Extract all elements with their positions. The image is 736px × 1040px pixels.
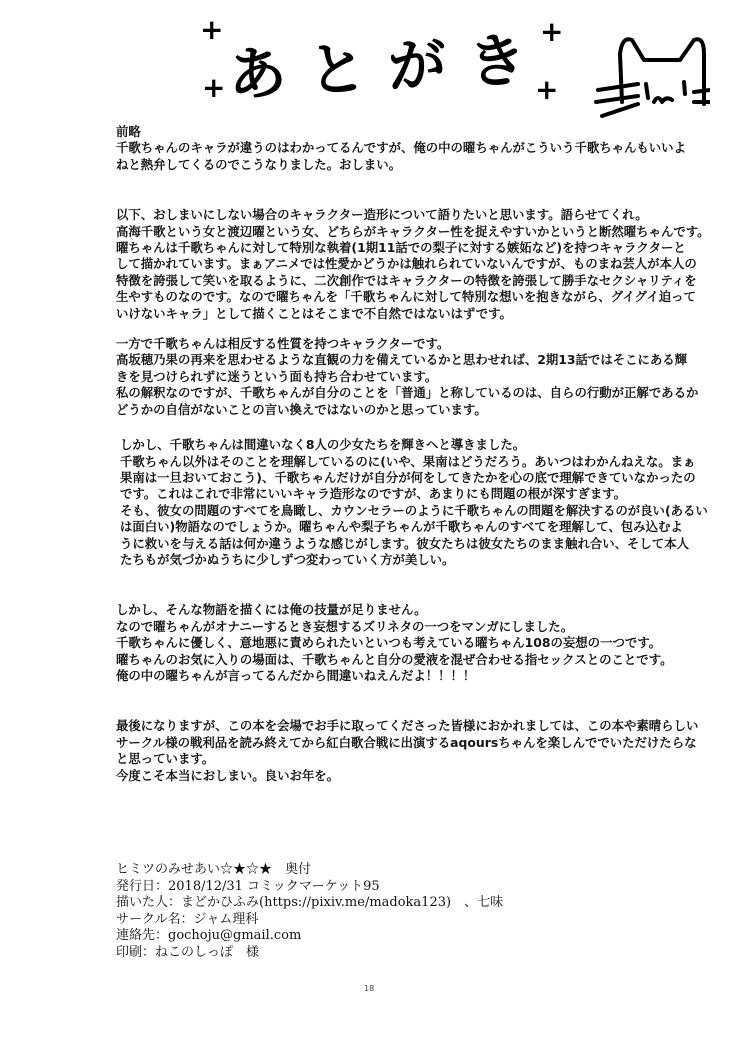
text-line: 私の解釈なのですが、千歌ちゃんが自分のことを「普通」と称しているのは、自らの行動… [116, 385, 636, 401]
afterword-body: 前略 千歌ちゃんのキャラが違うのはわかってるんですが、俺の中の曜ちゃんがこういう… [116, 124, 636, 784]
text-line: なので曜ちゃんがオナニーするとき妄想するズリネタの一つをマンガにしました。 [116, 619, 636, 635]
text-line: 前略 [116, 124, 636, 140]
text-line: そも、彼女の問題のすべてを鳥瞰し、カウンセラーのように千歌ちゃんの問題を解決する… [120, 503, 636, 519]
text-line: サークル様の戦利品を読み終えてから紅白歌合戦に出演するaqoursちゃんを楽しん… [116, 735, 636, 751]
text-line: いけないキャラ」として描くことはそこまで不自然ではないはずです。 [116, 306, 636, 322]
text-line: 一方で千歌ちゃんは相反する性質を持つキャラクターです。 [116, 336, 636, 352]
text-line: 俺の中の曜ちゃんが言ってるんだから間違いねえんだよ！！！！ [116, 668, 636, 684]
text-line: と思っています。 [116, 751, 636, 767]
colophon-artist: 描いた人：まどかひふみ(https://pixiv.me/madoka123) … [116, 895, 503, 912]
text-line: 特徴を誇張して笑いを取るように、二次創作ではキャラクターの特徴を誇張して勝手なセ… [116, 273, 636, 289]
text-line: どうかの自信がないことの言い換えではないのかと思っています。 [116, 402, 636, 418]
colophon-published: 発行日：2018/12/31 コミックマーケット95 [116, 879, 503, 896]
paragraph-character-design: 以下、おしまいにしない場合のキャラクター造形について語りたいと思います。語らせて… [116, 207, 636, 322]
text-line: 生やすものなのです。なので曜ちゃんを「千歌ちゃんに対して特別な想いを抱きながら、… [116, 289, 636, 305]
text-line: しかし、千歌ちゃんは間違いなく8人の少女たちを輝きへと導きました。 [120, 437, 636, 453]
sparkle-icon: + [202, 74, 225, 102]
sparkle-icon: + [200, 16, 223, 44]
colophon-printer: 印刷：ねこのしっぽ 様 [116, 945, 503, 962]
text-line: きを見つけられずに迷うという面も持ち合わせています。 [116, 369, 636, 385]
colophon-circle: サークル名：ジャム理科 [116, 912, 503, 929]
text-line: です。これはこれで非常にいいキャラ造形なのですが、あまりにも問題の根が深すぎます… [120, 486, 636, 502]
text-line: しかし、そんな物語を描くには俺の技量が足りません。 [116, 602, 636, 618]
text-line: 千歌ちゃん以外はそのことを理解しているのに(いや、果南はどうだろう。あいつはわか… [120, 454, 636, 470]
paragraph-intro: 前略 千歌ちゃんのキャラが違うのはわかってるんですが、俺の中の曜ちゃんがこういう… [116, 124, 636, 173]
text-line: うに救いを与える話は何か違うような感じがします。彼女たちは彼女たちのまま触れ合い… [120, 536, 636, 552]
afterword-title: あとがき [226, 12, 550, 113]
text-line: 今度こそ本当におしまい。良いお年を。 [116, 768, 636, 784]
text-line: 曜ちゃんのお気に入りの場面は、千歌ちゃんと自分の愛液を混ぜ合わせる指セックスとの… [116, 652, 636, 668]
text-line: 高坂穂乃果の再来を思わせるような直観の力を備えているかと思わせれば、2期13話で… [116, 352, 636, 368]
text-line: して描かれています。まぁアニメでは性愛かどうかは触れられていないんですが、ものま… [116, 256, 636, 272]
afterword-title-art: + + + + あとがき [190, 14, 710, 114]
cat-face-icon [592, 24, 710, 119]
page-number: 18 [364, 984, 374, 993]
colophon-contact: 連絡先：gochoju@gmail.com [116, 928, 503, 945]
paragraph-however: しかし、千歌ちゃんは間違いなく8人の少女たちを輝きへと導きました。 千歌ちゃん以… [116, 437, 636, 568]
paragraph-chika: 一方で千歌ちゃんは相反する性質を持つキャラクターです。 高坂穂乃果の再来を思わせ… [116, 336, 636, 418]
text-line: 高海千歌という女と渡辺曜という女、どちらがキャラクター性を捉えやすいかというと断… [116, 224, 636, 240]
text-line: 曜ちゃんは千歌ちゃんに対して特別な執着(1期11話での梨子に対する嫉妬など)を持… [116, 240, 636, 256]
paragraph-closing: 最後になりますが、この本を会場でお手に取ってくださった皆様におかれましては、この… [116, 718, 636, 784]
text-line: 以下、おしまいにしない場合のキャラクター造形について語りたいと思います。語らせて… [116, 207, 636, 223]
text-line: 千歌ちゃんのキャラが違うのはわかってるんですが、俺の中の曜ちゃんがこういう千歌ち… [116, 140, 636, 156]
colophon-title: ヒミツのみせあい☆★☆★ 奥付 [116, 862, 503, 879]
text-line: 果南は一旦おいておこう)、千歌ちゃんだけが自分が何をしてきたかを心の底で理解でき… [120, 470, 636, 486]
text-line: 千歌ちゃんに優しく、意地悪に責められたいといつも考えている曜ちゃん108の妄想の… [116, 635, 636, 651]
text-line: ねと熱弁してくるのでこうなりました。おしまい。 [116, 157, 636, 173]
text-line: たちもが気づかぬうちに少しずつ変わっていく方が美しい。 [120, 552, 636, 568]
paragraph-manga: しかし、そんな物語を描くには俺の技量が足りません。 なので曜ちゃんがオナニーする… [116, 602, 636, 684]
text-line: 最後になりますが、この本を会場でお手に取ってくださった皆様におかれましては、この… [116, 718, 636, 734]
text-line: は面白い)物語なのでしょうか。曜ちゃんや梨子ちゃんが千歌ちゃんのすべてを理解して… [120, 519, 636, 535]
colophon: ヒミツのみせあい☆★☆★ 奥付 発行日：2018/12/31 コミックマーケット… [116, 862, 503, 962]
